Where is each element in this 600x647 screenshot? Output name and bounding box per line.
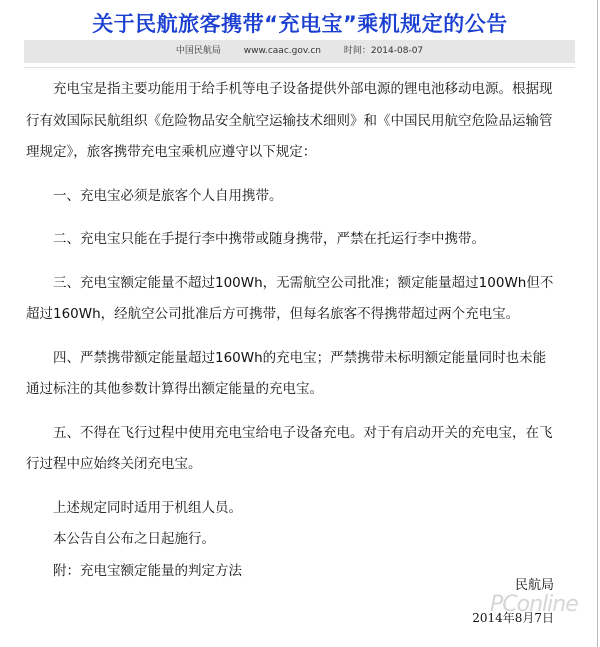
paragraph-effective: 本公告自公布之日起施行。 [26, 524, 556, 556]
meta-divider [24, 67, 575, 68]
page-title: 关于民航旅客携带“充电宝”乘机规定的公告 [0, 8, 600, 38]
footer-date: 2014年8月7日 [472, 609, 554, 626]
paragraph-rule-5: 五、不得在飞行过程中使用充电宝给电子设备充电。对于有启动开关的充电宝，在飞行过程… [26, 418, 556, 481]
page-right-border [597, 0, 598, 647]
meta-bar: 中国民航局 www.caac.gov.cn 时间：2014-08-07 [24, 40, 575, 63]
paragraph-crew: 上述规定同时适用于机组人员。 [26, 493, 556, 525]
paragraph-intro: 充电宝是指主要功能用于给手机等电子设备提供外部电源的锂电池移动电源。根据现行有效… [26, 74, 556, 169]
paragraph-appendix: 附：充电宝额定能量的判定方法 [26, 556, 556, 588]
footer-signature: 民航局 [515, 574, 554, 593]
paragraph-rule-1: 一、充电宝必须是旅客个人自用携带。 [26, 181, 556, 213]
paragraph-rule-4: 四、严禁携带额定能量超过160Wh的充电宝；严禁携带未标明额定能量同时也未能通过… [26, 343, 556, 406]
paragraph-rule-2: 二、充电宝只能在手提行李中携带或随身携带，严禁在托运行李中携带。 [26, 224, 556, 256]
meta-source: 中国民航局 [176, 46, 221, 56]
meta-url[interactable]: www.caac.gov.cn [244, 46, 321, 56]
paragraph-rule-3: 三、充电宝额定能量不超过100Wh，无需航空公司批准；额定能量超过100Wh但不… [26, 268, 556, 331]
article-body: 充电宝是指主要功能用于给手机等电子设备提供外部电源的锂电池移动电源。根据现行有效… [26, 74, 556, 587]
meta-time: 时间：2014-08-07 [344, 46, 423, 56]
